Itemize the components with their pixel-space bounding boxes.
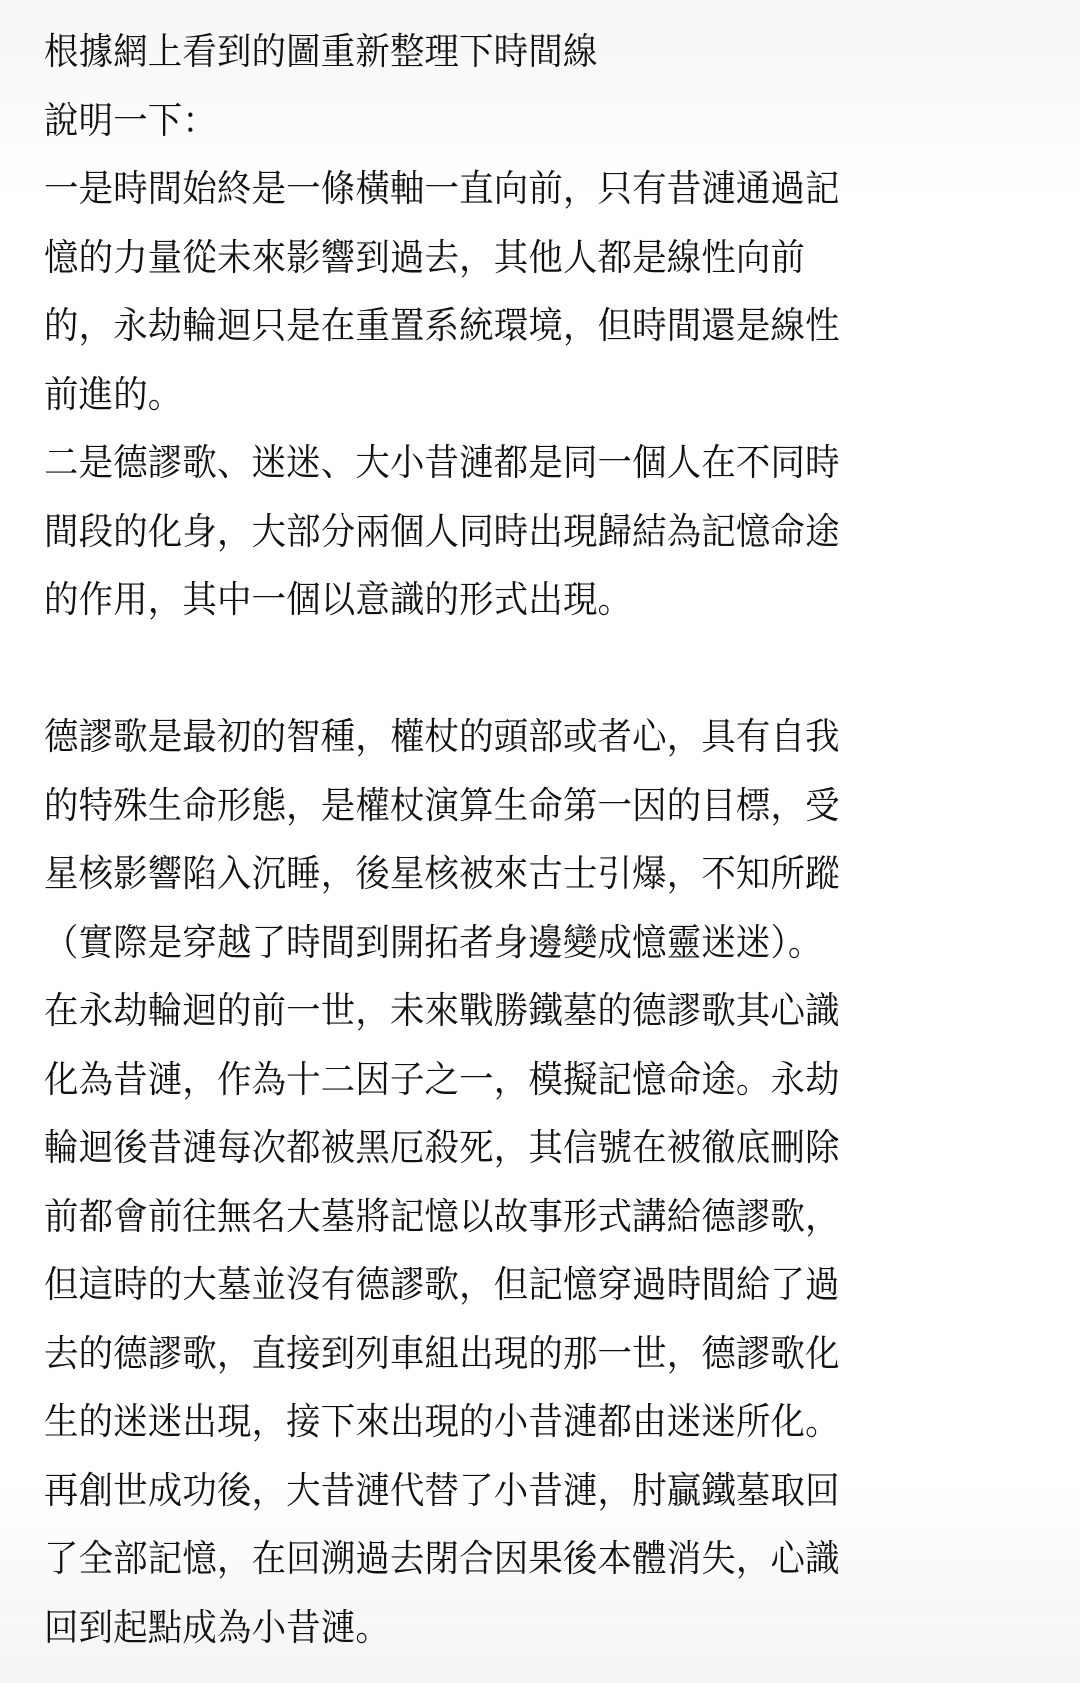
- text-line: 再創世成功後，大昔漣代替了小昔漣，肘贏鐵墓取回: [44, 1457, 970, 1526]
- text-line: 去的德謬歌，直接到列車組出現的那一世，德謬歌化: [44, 1320, 970, 1389]
- point-one: 一是時間始終是一條橫軸一直向前，只有昔漣通過記 憶的力量從未來影響到過去，其他人…: [44, 155, 1040, 429]
- text-line: 二是德謬歌、迷迷、大小昔漣都是同一個人在不同時: [44, 429, 970, 498]
- text-line: 間段的化身，大部分兩個人同時出現歸結為記憶命途: [44, 498, 970, 567]
- text-line: 了全部記憶，在回溯過去閉合因果後本體消失，心識: [44, 1525, 970, 1594]
- text-line: 前進的。: [44, 361, 970, 430]
- document-title: 根據網上看到的圖重新整理下時間線: [44, 18, 970, 87]
- text-line: （實際是穿越了時間到開拓者身邊變成憶靈迷迷）。: [44, 909, 970, 978]
- text-line: 的作用，其中一個以意識的形式出現。: [44, 566, 970, 635]
- text-line: 一是時間始終是一條橫軸一直向前，只有昔漣通過記: [44, 155, 970, 224]
- text-line: 的，永劫輪迴只是在重置系統環境，但時間還是線性: [44, 292, 970, 361]
- text-line: 在永劫輪迴的前一世，未來戰勝鐵墓的德謬歌其心識: [44, 977, 970, 1046]
- text-line: 回到起點成為小昔漣。: [44, 1594, 970, 1663]
- paragraph-spacer: [44, 635, 1040, 704]
- text-line: 的特殊生命形態，是權杖演算生命第一因的目標，受: [44, 772, 970, 841]
- text-line: 輪迴後昔漣每次都被黑厄殺死，其信號在被徹底刪除: [44, 1114, 970, 1183]
- body-paragraph: 德謬歌是最初的智種，權杖的頭部或者心，具有自我 的特殊生命形態，是權杖演算生命第…: [44, 703, 1040, 1662]
- text-line: 德謬歌是最初的智種，權杖的頭部或者心，具有自我: [44, 703, 970, 772]
- text-line: 但這時的大墓並沒有德謬歌，但記憶穿過時間給了過: [44, 1251, 970, 1320]
- text-line: 憶的力量從未來影響到過去，其他人都是線性向前: [44, 224, 970, 293]
- text-line: 生的迷迷出現，接下來出現的小昔漣都由迷迷所化。: [44, 1388, 970, 1457]
- point-two: 二是德謬歌、迷迷、大小昔漣都是同一個人在不同時 間段的化身，大部分兩個人同時出現…: [44, 429, 1040, 635]
- text-line: 前都會前往無名大墓將記憶以故事形式講給德謬歌，: [44, 1183, 970, 1252]
- intro-label: 說明一下：: [44, 87, 970, 156]
- text-line: 化為昔漣，作為十二因子之一，模擬記憶命途。永劫: [44, 1046, 970, 1115]
- text-line: 星核影響陷入沉睡，後星核被來古士引爆，不知所蹤: [44, 840, 970, 909]
- document-page: 根據網上看到的圖重新整理下時間線 說明一下： 一是時間始終是一條橫軸一直向前，只…: [0, 0, 1080, 1683]
